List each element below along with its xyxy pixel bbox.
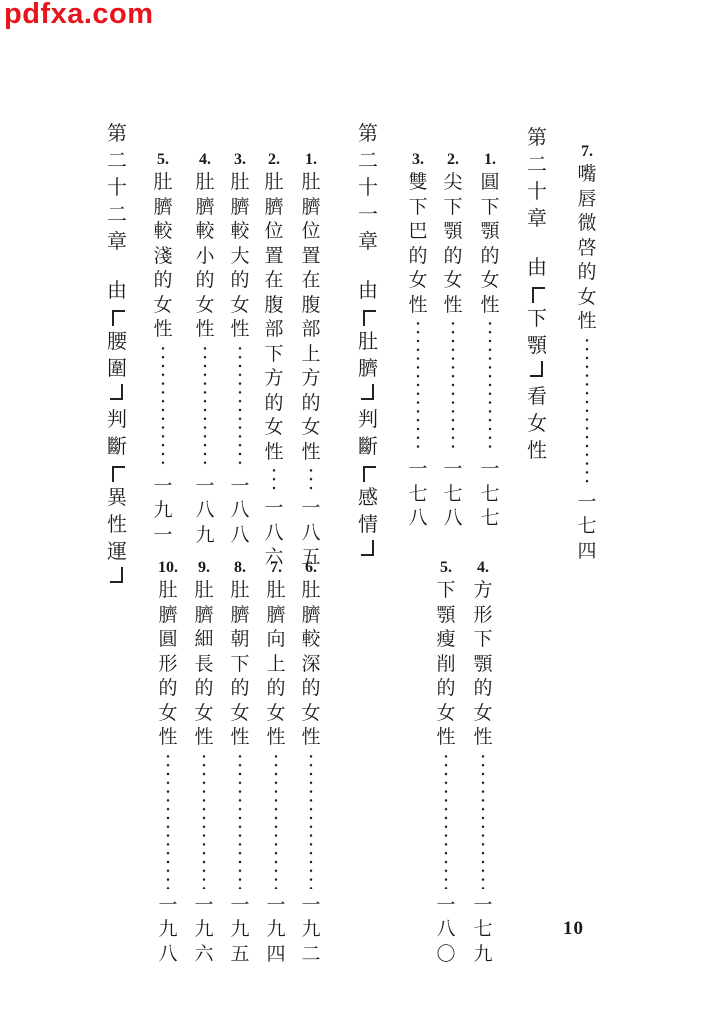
- entry-page: 一八九: [193, 474, 217, 548]
- toc-entry-ch21-5[interactable]: 5.肚臍較淺的女性一九一: [150, 152, 176, 547]
- toc-entry-ch21-4[interactable]: 4.肚臍較小的女性一八九: [192, 152, 218, 547]
- dot-leader: [272, 466, 276, 492]
- entry-title: 嘴唇微啓的女性: [575, 162, 599, 334]
- entry-page: 一九五: [228, 893, 252, 967]
- chapter-number: 第二十章: [525, 124, 549, 232]
- entry-number: 10.: [158, 560, 178, 576]
- entry-title: 肚臍朝下的女性: [228, 578, 252, 750]
- entry-title: 肚臍位置在腹部上方的女性: [299, 170, 323, 464]
- toc-entry-ch21-10[interactable]: 10.肚臍圓形的女性一九八: [155, 560, 181, 966]
- dot-leader: [202, 752, 206, 889]
- toc-entry-ch20-5[interactable]: 5.下顎瘦削的女性一八〇: [433, 560, 459, 966]
- entry-page: 一八〇: [434, 893, 458, 967]
- entry-page: 一九四: [264, 893, 288, 967]
- dot-leader: [203, 344, 207, 470]
- entry-title: 尖下顎的女性: [441, 170, 465, 317]
- entry-number: 2.: [447, 152, 459, 168]
- toc-entry-carryover[interactable]: 7.嘴唇微啓的女性一七四: [574, 144, 600, 563]
- chapter-heading-22: 第二十二章由腰圍判斷異性運: [104, 120, 130, 589]
- chapter-heading-20: 第二十章由下顎看女性: [524, 124, 550, 464]
- chapter-title: 由肚臍判斷感情: [356, 277, 380, 562]
- entry-number: 1.: [484, 152, 496, 168]
- watermark-logo: pdfxa.com: [4, 0, 154, 31]
- entry-page: 一八八: [228, 474, 252, 548]
- dot-leader: [161, 344, 165, 470]
- entry-title: 肚臍較淺的女性: [151, 170, 175, 342]
- entry-page: 一九二: [299, 893, 323, 967]
- entry-page: 一七八: [441, 457, 465, 531]
- entry-title: 肚臍圓形的女性: [156, 578, 180, 750]
- dot-leader: [309, 752, 313, 889]
- entry-title: 肚臍向上的女性: [264, 578, 288, 750]
- toc-entry-ch20-4[interactable]: 4.方形下顎的女性一七九: [470, 560, 496, 966]
- entry-page: 一七四: [575, 490, 599, 564]
- entry-number: 8.: [234, 560, 246, 576]
- toc-entry-ch21-8[interactable]: 8.肚臍朝下的女性一九五: [227, 560, 253, 966]
- entry-number: 4.: [477, 560, 489, 576]
- dot-leader: [488, 319, 492, 453]
- entry-title: 肚臍較小的女性: [193, 170, 217, 342]
- entry-title: 肚臍細長的女性: [192, 578, 216, 750]
- toc-entry-ch21-7[interactable]: 7.肚臍向上的女性一九四: [263, 560, 289, 966]
- toc-entry-ch20-3[interactable]: 3.雙下巴的女性一七八: [405, 152, 431, 531]
- toc-entry-ch21-1[interactable]: 1.肚臍位置在腹部上方的女性一八五: [298, 152, 324, 570]
- entry-page: 一七九: [471, 893, 495, 967]
- chapter-title: 由腰圍判斷異性運: [105, 277, 129, 589]
- dot-leader: [309, 466, 313, 492]
- entry-number: 5.: [157, 152, 169, 168]
- entry-number: 2.: [268, 152, 280, 168]
- entry-number: 6.: [305, 560, 317, 576]
- entry-number: 1.: [305, 152, 317, 168]
- entry-title: 圓下顎的女性: [478, 170, 502, 317]
- entry-title: 方形下顎的女性: [471, 578, 495, 750]
- entry-title: 肚臍位置在腹部下方的女性: [262, 170, 286, 464]
- dot-leader: [166, 752, 170, 889]
- toc-entry-ch21-2[interactable]: 2.肚臍位置在腹部下方的女性一八六: [261, 152, 287, 570]
- dot-leader: [585, 336, 589, 486]
- page-number: 10: [563, 918, 584, 940]
- entry-title: 下顎瘦削的女性: [434, 578, 458, 750]
- dot-leader: [451, 319, 455, 453]
- entry-page: 一七七: [478, 457, 502, 531]
- entry-title: 雙下巴的女性: [406, 170, 430, 317]
- entry-number: 5.: [440, 560, 452, 576]
- entry-page: 一七八: [406, 457, 430, 531]
- toc-entry-ch20-2[interactable]: 2.尖下顎的女性一七八: [440, 152, 466, 531]
- entry-page: 一九六: [192, 893, 216, 967]
- entry-title: 肚臍較大的女性: [228, 170, 252, 342]
- entry-page: 一九一: [151, 474, 175, 548]
- toc-entry-ch20-1[interactable]: 1.圓下顎的女性一七七: [477, 152, 503, 531]
- toc-entry-ch21-9[interactable]: 9.肚臍細長的女性一九六: [191, 560, 217, 966]
- entry-number: 7.: [270, 560, 282, 576]
- dot-leader: [416, 319, 420, 453]
- chapter-title: 由下顎看女性: [525, 254, 549, 464]
- chapter-heading-21: 第二十一章由肚臍判斷感情: [355, 120, 381, 562]
- entry-number: 3.: [234, 152, 246, 168]
- entry-page: 一九八: [156, 893, 180, 967]
- entry-number: 4.: [199, 152, 211, 168]
- dot-leader: [274, 752, 278, 889]
- dot-leader: [238, 752, 242, 889]
- dot-leader: [444, 752, 448, 889]
- toc-entry-ch21-6[interactable]: 6.肚臍較深的女性一九二: [298, 560, 324, 966]
- entry-title: 肚臍較深的女性: [299, 578, 323, 750]
- entry-number: 9.: [198, 560, 210, 576]
- dot-leader: [238, 344, 242, 470]
- chapter-number: 第二十二章: [105, 120, 129, 255]
- chapter-number: 第二十一章: [356, 120, 380, 255]
- dot-leader: [481, 752, 485, 889]
- toc-entry-ch21-3[interactable]: 3.肚臍較大的女性一八八: [227, 152, 253, 547]
- entry-number: 3.: [412, 152, 424, 168]
- entry-number: 7.: [581, 144, 593, 160]
